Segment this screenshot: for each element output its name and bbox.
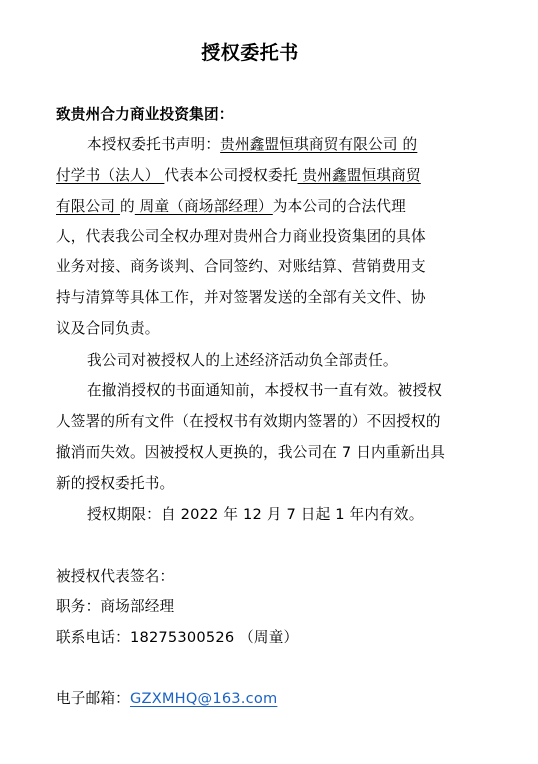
addressee-line: 致贵州合力商业投资集团： xyxy=(56,105,234,125)
authorization-text: 代表本公司授权委托 xyxy=(164,167,297,184)
declaration-label: 本授权委托书声明： xyxy=(87,136,220,153)
legal-representative: 付学书（法人） xyxy=(56,167,164,184)
legal-agent-text: 为本公司的合法代理 xyxy=(273,198,406,215)
position-line: 职务：商场部经理 xyxy=(56,597,174,617)
document-title: 授权委托书 xyxy=(0,38,500,65)
grantor-company-part2: 有限公司 xyxy=(56,198,120,215)
paragraph1-line4: 人，代表我公司全权办理对贵州合力商业投资集团的具体 xyxy=(56,227,426,247)
paragraph3-line3: 撤消而失效。因被授权人更换的，我公司在 7 日内重新出具 xyxy=(56,443,445,463)
addressee-name: 贵州合力商业投资集团： xyxy=(71,106,234,123)
of-text: 的 xyxy=(403,136,418,153)
paragraph1-line5: 业务对接、商务谈判、合同签约、对账结算、营销费用支 xyxy=(56,257,426,277)
of-text-2: 的 xyxy=(120,198,135,215)
signature-label: 被授权代表签名： xyxy=(56,567,174,587)
paragraph1-line7: 议及合同负责。 xyxy=(56,319,160,339)
phone-line: 联系电话：18275300526 （周童） xyxy=(56,628,298,648)
email-line: 电子邮箱：GZXMHQ@163.com xyxy=(56,689,277,709)
paragraph1-line2: 付学书（法人） 代表本公司授权委托 贵州鑫盟恒琪商贸 xyxy=(56,166,421,186)
paragraph3-line4: 新的授权委托书。 xyxy=(56,474,174,494)
validity-period: 授权期限：自 2022 年 12 月 7 日起 1 年内有效。 xyxy=(87,505,424,525)
paragraph1-line3: 有限公司 的 周童（商场部经理）为本公司的合法代理 xyxy=(56,197,406,217)
addressee-prefix: 致 xyxy=(56,106,71,123)
paragraph3-line1: 在撤消授权的书面通知前，本授权书一直有效。被授权 xyxy=(87,381,442,401)
email-link[interactable]: GZXMHQ@163.com xyxy=(130,690,277,707)
grantor-company-part1: 贵州鑫盟恒琪商贸 xyxy=(298,167,421,184)
paragraph1-line6: 持与清算等具体工作，并对签署发送的全部有关文件、协 xyxy=(56,288,426,308)
paragraph3-line2: 人签署的所有文件（在授权书有效期内签署的）不因授权的 xyxy=(56,412,441,432)
email-label: 电子邮箱： xyxy=(56,690,130,707)
document-page: 授权委托书 致贵州合力商业投资集团： 本授权委托书声明：贵州鑫盟恒琪商贸有限公司… xyxy=(0,0,538,764)
grantor-company: 贵州鑫盟恒琪商贸有限公司 xyxy=(220,136,402,153)
paragraph2: 我公司对被授权人的上述经济活动负全部责任。 xyxy=(87,351,398,371)
paragraph1-line1: 本授权委托书声明：贵州鑫盟恒琪商贸有限公司 的 xyxy=(87,135,417,155)
authorized-agent: 周童（商场部经理） xyxy=(135,198,273,215)
